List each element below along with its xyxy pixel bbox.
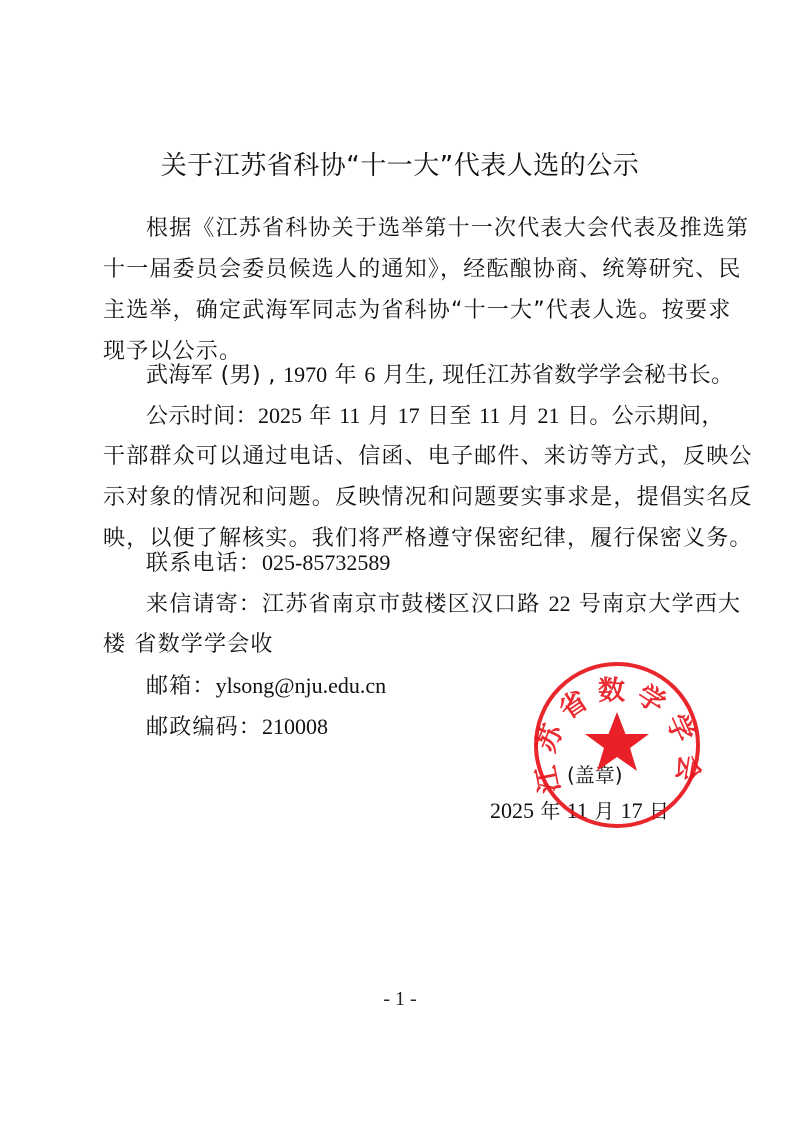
end-month: 11: [479, 403, 500, 428]
paragraph-1-line-1: 根据《江苏省科协关于选举第十一次代表大会代表及推选第: [146, 218, 749, 240]
month-label: 月: [360, 404, 397, 429]
contact-phone: 联系电话：025-85732589: [146, 552, 390, 575]
date-year: 2025: [490, 798, 534, 823]
contact-address: 来信请寄：江苏省南京市鼓楼区汉口路 22 号南京大学西大: [146, 593, 741, 616]
phone-label: 联系电话：: [146, 551, 262, 576]
contact-address-line-2: 楼 省数学学会收: [103, 634, 274, 656]
address-part-1: 江苏省南京市鼓楼区汉口路: [262, 592, 549, 617]
birth-month: 6: [364, 362, 375, 387]
day-label: 日: [643, 799, 669, 823]
date-month: 11: [567, 798, 588, 823]
contact-zip: 邮政编码：210008: [146, 716, 328, 739]
email-label: 邮箱：: [146, 674, 216, 699]
paragraph-3-line-4: 映，以便了解核实。我们将严格遵守保密纪律，履行保密义务。: [103, 528, 753, 550]
year-label: 年: [327, 363, 364, 388]
address-number: 22: [549, 591, 571, 616]
document-title: 关于江苏省科协“十一大”代表人选的公示: [0, 145, 800, 182]
paragraph-3-line-3: 示对象的情况和问题。反映情况和问题要实事求是，提倡实名反: [103, 487, 753, 509]
phone-number: 025-85732589: [262, 550, 390, 575]
year-label: 年: [302, 404, 339, 429]
birth-year: 1970: [283, 362, 327, 387]
paragraph-1-line-3: 主选举，确定武海军同志为省科协“十一大”代表人选。按要求: [103, 300, 731, 322]
to-label: 日至: [420, 404, 480, 429]
zip-code: 210008: [262, 714, 328, 739]
year-label: 年: [534, 799, 567, 823]
month-label: 月: [500, 404, 537, 429]
candidate-info: 武海军 (男) , 1970 年 6 月生, 现任江苏省数学学会秘书长。: [146, 364, 734, 387]
date-day: 17: [621, 798, 643, 823]
document-page: 关于江苏省科协“十一大”代表人选的公示 根据《江苏省科协关于选举第十一次代表大会…: [0, 0, 800, 1131]
zip-label: 邮政编码：: [146, 715, 262, 740]
paragraph-3-line-2: 干部群众可以通过电话、信函、电子邮件、来访等方式，反映公: [103, 446, 753, 468]
start-year: 2025: [258, 403, 302, 428]
start-month: 11: [339, 403, 360, 428]
candidate-name: 武海军 (男) ,: [146, 363, 283, 388]
address-label: 来信请寄：: [146, 592, 262, 617]
candidate-position: 月生, 现任江苏省数学学会秘书长。: [375, 363, 733, 388]
paragraph-1-line-4: 现予以公示。: [103, 341, 242, 363]
month-label: 月: [588, 799, 621, 823]
seal-note: (盖章): [567, 759, 623, 788]
publicity-period: 公示时间：2025 年 11 月 17 日至 11 月 21 日。公示期间，: [146, 405, 724, 428]
signature-date: 2025 年 11 月 17 日: [490, 795, 669, 824]
period-suffix: 日。公示期间，: [560, 404, 724, 429]
paragraph-1-line-2: 十一届委员会委员候选人的通知》，经酝酿协商、统筹研究、民: [103, 259, 742, 281]
page-number: - 1 -: [0, 988, 800, 1011]
end-day: 21: [538, 403, 560, 428]
start-day: 17: [398, 403, 420, 428]
contact-email: 邮箱：ylsong@nju.edu.cn: [146, 675, 386, 698]
address-part-2: 号南京大学西大: [571, 592, 742, 617]
email-address: ylsong@nju.edu.cn: [216, 673, 387, 698]
period-label: 公示时间：: [146, 404, 258, 429]
